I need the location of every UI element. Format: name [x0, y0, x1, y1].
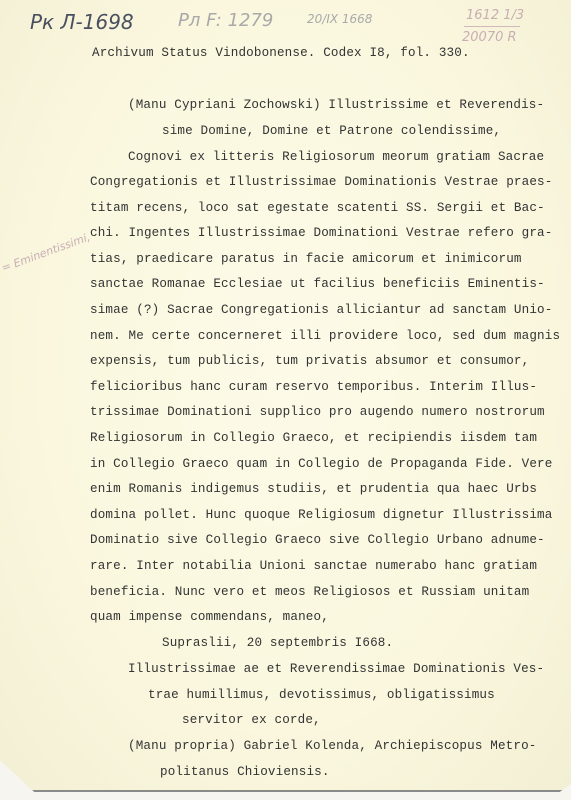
- letter-text-line: chi. Ingentes Illustrissimae Dominationi…: [90, 226, 552, 240]
- closing-line: Illustrissimae ae et Reverendissimae Dom…: [128, 662, 544, 676]
- letter-text-line: tias, praedicare paratus in facie amicor…: [90, 252, 522, 266]
- letter-text-line: Congregationis et Illustrissimae Dominat…: [90, 175, 552, 189]
- catalog-number-divider: [464, 26, 520, 27]
- salutation-line: sime Domine, Domine et Patrone colendiss…: [162, 124, 501, 138]
- letter-text-line: trissimae Dominationi supplico pro augen…: [90, 405, 545, 419]
- margin-note-annotation: = Eminentissimi,: [0, 230, 92, 274]
- letter-text-line: domina pollet. Hunc quoque Religiosum di…: [90, 508, 552, 522]
- fond-number-annotation: Рл F: 1279: [178, 10, 273, 31]
- catalog-number-annotation: 1612 1/3: [466, 8, 524, 23]
- closing-line: trae humillimus, devotissimus, obligatis…: [148, 688, 495, 702]
- letter-text-line: Cognovi ex litteris Religiosorum meorum …: [128, 150, 544, 164]
- date-annotation: 20/IX 1668: [307, 12, 372, 26]
- letter-text-line: rare. Inter notabilia Unioni sanctae num…: [90, 559, 537, 573]
- archive-source-line: Archivum Status Vindobonense. Codex I8, …: [92, 46, 470, 60]
- closing-line: servitor ex corde,: [182, 713, 321, 727]
- signature-line: politanus Chioviensis.: [160, 765, 330, 779]
- letter-text-line: felicioribus hanc curam reservo temporib…: [90, 380, 537, 394]
- letter-text-line: Religiosorum in Collegio Graeco, et reci…: [90, 431, 537, 445]
- document-page: Рк Л-1698 Рл F: 1279 20/IX 1668 1612 1/3…: [0, 0, 571, 792]
- letter-text-line: in Collegio Graeco quam in Collegio de P…: [90, 457, 552, 471]
- letter-text-line: enim Romanis indigemus studiis, et prude…: [90, 482, 537, 496]
- signature-line: (Manu propria) Gabriel Kolenda, Archiepi…: [128, 739, 537, 753]
- letter-text-line: simae (?) Sacrae Congregationis allician…: [90, 303, 552, 317]
- letter-text-line: expensis, tum publicis, tum privatis abs…: [90, 354, 529, 368]
- letter-text-line: quam impense commendans, maneo,: [90, 610, 329, 624]
- page-bottom-edge: [0, 790, 571, 792]
- letter-text-line: nem. Me certe concerneret illi providere…: [90, 329, 560, 343]
- archive-signature-annotation: Рк Л-1698: [30, 10, 134, 34]
- salutation-line: (Manu Cypriani Zochowski) Illustrissime …: [128, 98, 544, 112]
- letter-text-line: Dominatio sive Collegio Graeco sive Coll…: [90, 533, 545, 547]
- catalog-subnumber-annotation: 20070 R: [462, 30, 517, 45]
- letter-text-line: sanctae Romanae Ecclesiae ut facilius be…: [90, 277, 545, 291]
- date-place-line: Supraslii, 20 septembris I668.: [162, 636, 393, 650]
- letter-text-line: beneficia. Nunc vero et meos Religiosos …: [90, 585, 529, 599]
- letter-text-line: titam recens, loco sat egestate scatenti…: [90, 201, 545, 215]
